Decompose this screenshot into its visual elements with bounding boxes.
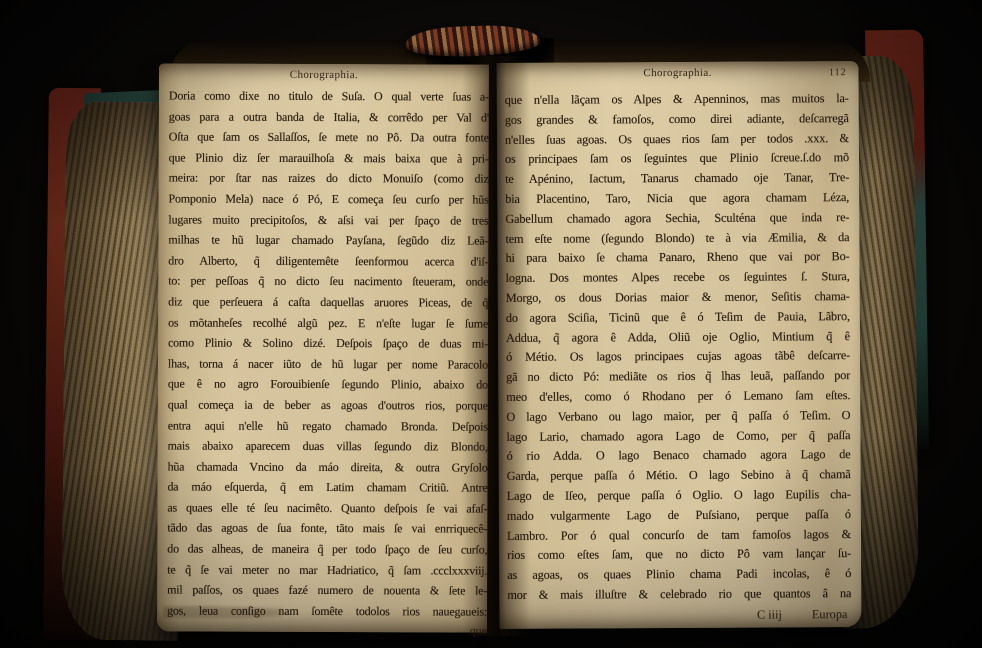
gathering-signature: C iiij xyxy=(757,605,782,624)
text-line: milhas te hũ lugar chamado Payſana, ſegũ… xyxy=(168,230,488,252)
page-number: 112 xyxy=(829,67,847,78)
text-line: as agoas, os quaes Plinio chama Padi inc… xyxy=(507,564,851,586)
right-page: Chorographia. 112 que n'ella lãçam os Al… xyxy=(497,61,862,629)
right-page-text: que n'ella lãçam os Alpes & Apenninos, m… xyxy=(505,89,852,606)
left-running-title: Chorographia. xyxy=(159,68,489,82)
text-line: bia Placentino, Taro, Nicia que agora ch… xyxy=(505,188,849,210)
text-line: n'elles ſuas agoas. Os quaes rios ſam pe… xyxy=(505,129,849,151)
text-line: os principaes ſam os ſeguintes que Plini… xyxy=(505,148,849,170)
text-line: dro Alberto, q̃ diligentemête ſeenformou… xyxy=(168,250,488,272)
text-line: qual começa ia de beber as agoas d'outro… xyxy=(168,394,488,416)
right-catchword: Europa xyxy=(812,605,848,624)
text-line: diz que perſeuera á caſta daquellas aruo… xyxy=(168,291,488,313)
text-line: Doria como dixe no titulo de Suſa. O qua… xyxy=(169,85,489,107)
text-line: os mõtanheſes recolhé algũ pez. E n'eſte… xyxy=(168,312,488,334)
text-line: hũa chamada Vncino da máo direita, & out… xyxy=(168,456,488,478)
text-line: Lambro. Por ó qual concurſo de tam famoſ… xyxy=(507,525,851,547)
text-line: te Apénino, Iactum, Tanarus chamado oje … xyxy=(505,168,849,190)
text-line: mado vulgarmente Lago de Puſsiano, perqu… xyxy=(507,505,851,527)
signature-row: C iiij Europa xyxy=(507,605,851,626)
text-line: Addua, q̃ agora ê Adda, Oliũ oje Oglio, … xyxy=(506,327,850,349)
text-line: que n'ella lãçam os Alpes & Apenninos, m… xyxy=(505,89,849,111)
text-line: gos grandes & famoſos, como direi adiant… xyxy=(505,109,849,131)
left-page-text: Doria como dixe no titulo de Suſa. O qua… xyxy=(167,85,489,622)
left-page: Chorographia. Doria como dixe no titulo … xyxy=(157,63,489,632)
right-running-title: Chorographia. xyxy=(497,66,859,81)
book-photo: Chorographia. Doria como dixe no titulo … xyxy=(0,0,982,648)
text-line: entra aqui n'elle hũ regato chamado Bron… xyxy=(168,415,488,437)
text-line: que Plinio diz ſer marauilhoſa & mais ba… xyxy=(169,147,489,169)
text-line: que ê no agro Forouibienſe ſegundo Plini… xyxy=(168,374,488,396)
right-page-header-row: Chorographia. 112 xyxy=(497,66,859,82)
ink-smudge xyxy=(163,605,283,619)
text-line: lugares muito precipitoſos, & aſsi vai p… xyxy=(168,209,488,231)
text-line: logna. Dos montes Alpes recebe os ſeguin… xyxy=(506,267,850,289)
text-line: meira: por ſtar nas raizes do dicto Monu… xyxy=(169,168,489,190)
text-line: Garda, perque paſſa ó Métio. O lago Sebi… xyxy=(507,465,851,487)
text-line: mor & mais illuſtre & celebrado rio que … xyxy=(507,584,851,606)
text-line: hi para baixo ſe chama Panaro, Rheno que… xyxy=(505,247,849,269)
left-page-header-row: Chorographia. xyxy=(159,68,489,83)
text-line: goas para a outra banda de Italia, & cor… xyxy=(169,106,489,128)
left-catchword: que xyxy=(167,621,487,641)
text-line: O lago Verbano ou lago maior, per q̃ paſ… xyxy=(506,406,850,428)
text-line: meo d'elles, como ó Rhodano per ó Lemano… xyxy=(506,386,850,408)
text-line: Morgo, os dous Dorias maior & menor, Seſ… xyxy=(506,287,850,309)
text-line: Lago de Iſeo, perque paſſa ó Oglio. O la… xyxy=(507,485,851,507)
text-line: como Plinio & Solino dizé. Deſpois ſpaço… xyxy=(168,333,488,355)
text-line: rios como eſtes ſam, que no dicto Pô vam… xyxy=(507,544,851,566)
text-line: gã no dicto Pó: mediãte os rios q̃ lhas … xyxy=(506,366,850,388)
text-line: lago Lario, chamado agora Lago de Como, … xyxy=(506,426,850,448)
text-line: ó rio Adda. O lago Benaco chamado agora … xyxy=(507,445,851,467)
text-line: te q̃ ſe vai meter no mar Hadriatico, q̃… xyxy=(167,559,487,581)
text-line: ó Métio. Os lagos principaes cujas agoas… xyxy=(506,346,850,368)
text-line: as quaes elle té ſeu nacimêto. Quanto de… xyxy=(167,497,487,519)
text-line: Oſta que ſam os Sallaſſos, ſe mete no Pô… xyxy=(169,127,489,149)
text-line: Gabellum chamado agora Sechia, Sculténa … xyxy=(505,208,849,230)
text-line: tãdo das agoas de ſua fonte, tãto mais ſ… xyxy=(167,518,487,540)
text-line: mais abaixo aparecem duas villas ſegundo… xyxy=(168,436,488,458)
text-line: do agora Sciſia, Ticinũ que ê ó Teſim de… xyxy=(506,307,850,329)
text-line: mil paſſos, os quaes fazé numero de noue… xyxy=(167,580,487,602)
text-line: do das alheas, de maneira q̃ per todo ſp… xyxy=(167,539,487,561)
text-line: lhas, torna á nacer iũto de hũ lugar per… xyxy=(168,353,488,375)
text-line: da máo eſquerda, q̃ em Latim chamam Crit… xyxy=(167,477,487,499)
text-line: tem eſte nome (ſegundo Blondo) te à via … xyxy=(505,228,849,250)
text-line: to: per peſſoas q̃ no dicto ſeu naciment… xyxy=(168,271,488,293)
text-line: Pomponio Mela) nace ó Pó, E começa ſeu c… xyxy=(168,188,488,210)
